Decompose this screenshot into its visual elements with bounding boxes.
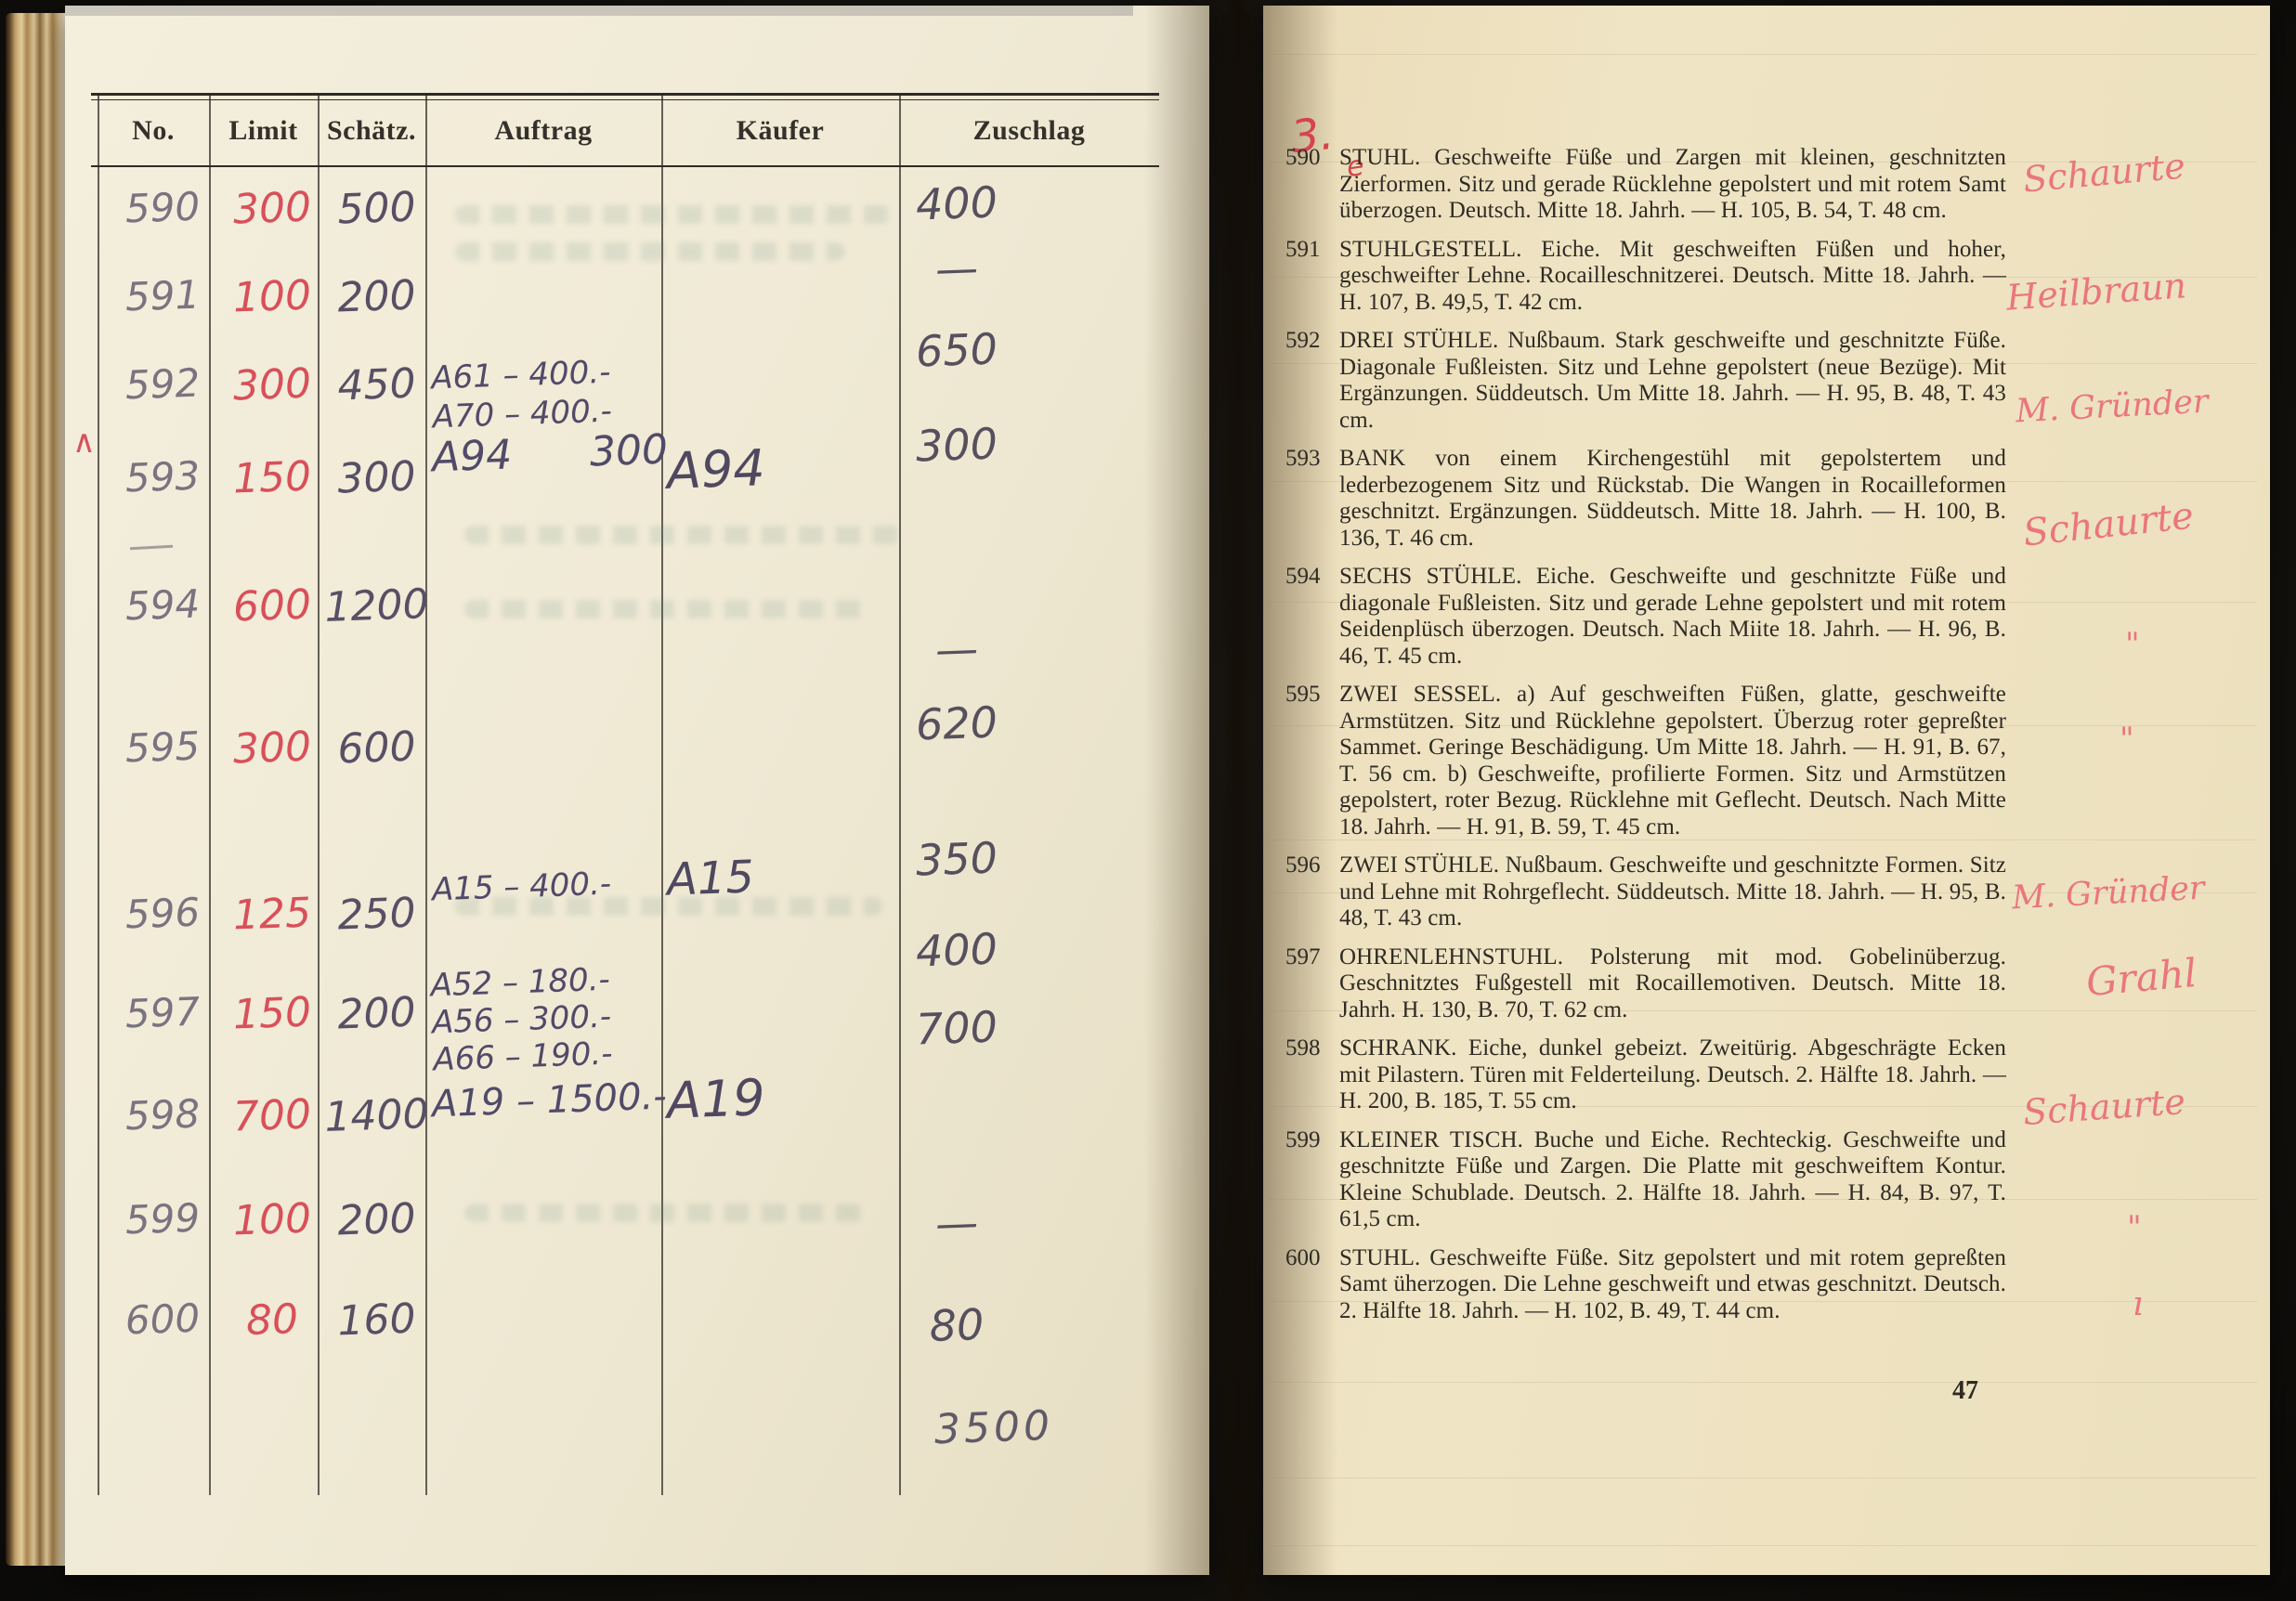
lot-number: 599	[1285, 1127, 1339, 1233]
cell-kaeufer: A19	[666, 1068, 766, 1130]
auftrag-line: A52 – 180.-	[430, 961, 610, 1005]
cell-auftrag: A15 – 400.-	[431, 865, 611, 910]
lot-number: 592	[1285, 328, 1339, 434]
cell-schaetz: 300	[322, 452, 431, 503]
lot-description: ZWEI SESSEL. a) Auf geschweiften Füßen, …	[1339, 682, 2006, 840]
book-photo: No. Limit Schätz. Auftrag Käufer Zuschla…	[0, 0, 2296, 1601]
cell-limit: 80	[220, 1295, 324, 1346]
cell-no: 597	[115, 988, 210, 1036]
cell-auftrag: A61 – 400.-A70 – 400.-	[431, 353, 613, 437]
pencil-dash	[130, 545, 173, 550]
lot-number: 597	[1285, 944, 1339, 1024]
cell-zuschlag: 700	[840, 999, 1074, 1058]
cell-limit: 700	[220, 1090, 324, 1141]
auftrag-line: A66 – 190.-	[433, 1035, 613, 1079]
lot-entry: 598SCHRANK. Eiche, dunkel gebeizt. Zweit…	[1285, 1035, 2006, 1115]
cell-kaeufer: A94	[666, 438, 766, 501]
total-sum: 3500	[863, 1399, 1125, 1456]
cell-zuschlag: 650	[840, 321, 1074, 380]
buyer-annotation: Grahl	[2084, 950, 2198, 1005]
cell-schaetz: 250	[322, 889, 431, 940]
cell-kaeufer: A15	[666, 851, 755, 905]
cell-zuschlag: —	[840, 620, 1074, 679]
cell-schaetz: 200	[322, 1194, 431, 1245]
buyer-annotation-mark: ı	[2133, 1285, 2144, 1323]
col-header-kaeufer: Käufer	[661, 115, 899, 147]
bleed-through	[464, 526, 901, 544]
cell-no: 593	[115, 452, 210, 501]
lot-description: OHRENLEHNSTUHL. Polsterung mit mod. Gobe…	[1339, 944, 2006, 1024]
cell-schaetz: 160	[322, 1295, 431, 1346]
bleed-rule	[1269, 1382, 2257, 1383]
lot-entry: 593BANK von einem Kirchengestühl mit gep…	[1285, 446, 2006, 552]
cell-zuschlag: —	[840, 1194, 1074, 1253]
lot-description: STUHL. Geschweifte Füße und Zargen mit k…	[1339, 145, 2006, 225]
bleed-through	[464, 1204, 864, 1222]
lot-description: BANK von einem Kirchengestühl mit gepols…	[1339, 446, 2006, 552]
column-line	[899, 93, 901, 1495]
bleed-rule	[1269, 1477, 2257, 1478]
cell-limit: 300	[220, 183, 324, 234]
column-line	[98, 93, 99, 1495]
col-header-limit: Limit	[209, 115, 318, 147]
red-margin-mark: ∧	[72, 423, 96, 461]
row-line	[65, 15, 1133, 16]
lot-number: 600	[1285, 1245, 1339, 1325]
cell-schaetz: 600	[322, 722, 431, 774]
auftrag-line: A56 – 300.-	[431, 998, 611, 1042]
lot-list: 590STUHL. Geschweifte Füße und Zargen mi…	[1285, 145, 2006, 1336]
cell-zuschlag: 620	[840, 695, 1074, 753]
buyer-annotation: M. Gründer	[2011, 870, 2206, 918]
cell-limit: 300	[220, 359, 324, 410]
bleed-rule	[1269, 54, 2257, 55]
cell-zuschlag: 300	[840, 416, 1074, 475]
lot-number: 598	[1285, 1035, 1339, 1115]
cell-limit: 150	[220, 452, 324, 503]
cell-schaetz: 200	[322, 271, 431, 322]
lot-entry: 597OHRENLEHNSTUHL. Polsterung mit mod. G…	[1285, 944, 2006, 1024]
cell-auftrag: A52 – 180.-A56 – 300.-A66 – 190.-	[430, 961, 613, 1079]
lot-entry: 599KLEINER TISCH. Buche und Eiche. Recht…	[1285, 1127, 2006, 1233]
col-header-no: No.	[98, 115, 209, 147]
cell-no: 598	[115, 1090, 210, 1139]
header-bottom-rule	[91, 165, 1159, 167]
buyer-annotation: Heilbraun	[2005, 265, 2188, 318]
bleed-through	[464, 600, 873, 618]
cell-zuschlag: 80	[840, 1296, 1074, 1355]
cell-limit: 600	[220, 580, 324, 631]
lot-description: STUHL. Geschweifte Füße. Sitz gepolstert…	[1339, 1245, 2006, 1325]
col-header-auftrag: Auftrag	[425, 115, 661, 147]
lot-description: DREI STÜHLE. Nußbaum. Stark geschweifte …	[1339, 328, 2006, 434]
buyer-annotation: Schaurte	[2021, 145, 2186, 200]
lot-number: 593	[1285, 446, 1339, 552]
cell-schaetz: 500	[322, 183, 431, 234]
buyer-annotation-ditto: "	[2125, 626, 2140, 663]
column-line	[661, 93, 663, 1495]
cell-limit: 300	[220, 722, 324, 774]
auftrag-line: A61 – 400.-	[431, 353, 611, 398]
ledger-page: No. Limit Schätz. Auftrag Käufer Zuschla…	[65, 6, 1209, 1575]
table-top-rule	[91, 93, 1159, 96]
lot-description: SCHRANK. Eiche, dunkel gebeizt. Zweitüri…	[1339, 1035, 2006, 1115]
lot-number: 595	[1285, 682, 1339, 840]
cell-no: 599	[115, 1194, 210, 1243]
cell-no: 594	[115, 580, 210, 629]
cell-schaetz: 200	[322, 988, 431, 1039]
lot-entry: 590STUHL. Geschweifte Füße und Zargen mi…	[1285, 145, 2006, 225]
lot-number: 594	[1285, 564, 1339, 670]
lot-description: STUHLGESTELL. Eiche. Mit geschweiften Fü…	[1339, 237, 2006, 317]
cell-zuschlag: 400	[840, 175, 1074, 233]
page-number: 47	[1904, 1376, 1978, 1406]
lot-description: KLEINER TISCH. Buche und Eiche. Rechteck…	[1339, 1127, 2006, 1233]
lot-number: 596	[1285, 853, 1339, 932]
cell-schaetz: 1200	[322, 580, 431, 631]
bleed-through	[455, 242, 845, 261]
book-gutter	[1204, 0, 1263, 1601]
cell-schaetz: 450	[322, 359, 431, 410]
cell-schaetz: 1400	[322, 1090, 431, 1141]
col-header-zuschlag: Zuschlag	[899, 115, 1159, 147]
page-edge-stack	[6, 13, 67, 1566]
cell-zuschlag: 400	[840, 921, 1074, 980]
cell-auftrag: A94 300	[431, 431, 668, 478]
cell-zuschlag: —	[840, 240, 1074, 298]
cell-limit: 125	[220, 889, 324, 940]
table-top-rule-2	[91, 99, 1159, 100]
lot-entry: 600STUHL. Geschweifte Füße. Sitz gepolst…	[1285, 1245, 2006, 1325]
lot-description: SECHS STÜHLE. Eiche. Geschweifte und ges…	[1339, 564, 2006, 670]
cell-no: 595	[115, 722, 210, 771]
cell-limit: 100	[220, 1194, 324, 1245]
bleed-rule	[1269, 1545, 2257, 1546]
buyer-annotation: M. Gründer	[2015, 384, 2210, 431]
buyer-annotation: Schaurte	[2022, 1081, 2186, 1133]
cell-auftrag: A19 – 1500.-	[431, 1077, 667, 1125]
cell-limit: 150	[220, 988, 324, 1039]
lot-entry: 595ZWEI SESSEL. a) Auf geschweiften Füße…	[1285, 682, 2006, 840]
catalog-page: 3. e 590STUHL. Geschweifte Füße und Zarg…	[1263, 6, 2270, 1575]
cell-no: 592	[115, 359, 210, 408]
cell-no: 591	[115, 271, 210, 319]
cell-zuschlag: 350	[840, 830, 1074, 889]
bleed-through	[455, 205, 892, 224]
buyer-annotation: Schaurte	[2021, 495, 2196, 555]
cell-limit: 100	[220, 271, 324, 322]
cell-no: 596	[115, 889, 210, 937]
cell-no: 600	[115, 1295, 210, 1343]
lot-entry: 592DREI STÜHLE. Nußbaum. Stark geschweif…	[1285, 328, 2006, 434]
buyer-annotation-ditto: "	[2127, 1209, 2142, 1246]
lot-number: 590	[1285, 145, 1339, 225]
lot-entry: 591STUHLGESTELL. Eiche. Mit geschweiften…	[1285, 237, 2006, 317]
lot-entry: 596ZWEI STÜHLE. Nußbaum. Geschweifte und…	[1285, 853, 2006, 932]
col-header-schaetz: Schätz.	[318, 115, 425, 147]
lot-description: ZWEI STÜHLE. Nußbaum. Geschweifte und ge…	[1339, 853, 2006, 932]
lot-number: 591	[1285, 237, 1339, 317]
buyer-annotation-ditto: "	[2120, 721, 2134, 758]
lot-entry: 594SECHS STÜHLE. Eiche. Geschweifte und …	[1285, 564, 2006, 670]
cell-no: 590	[115, 183, 210, 231]
